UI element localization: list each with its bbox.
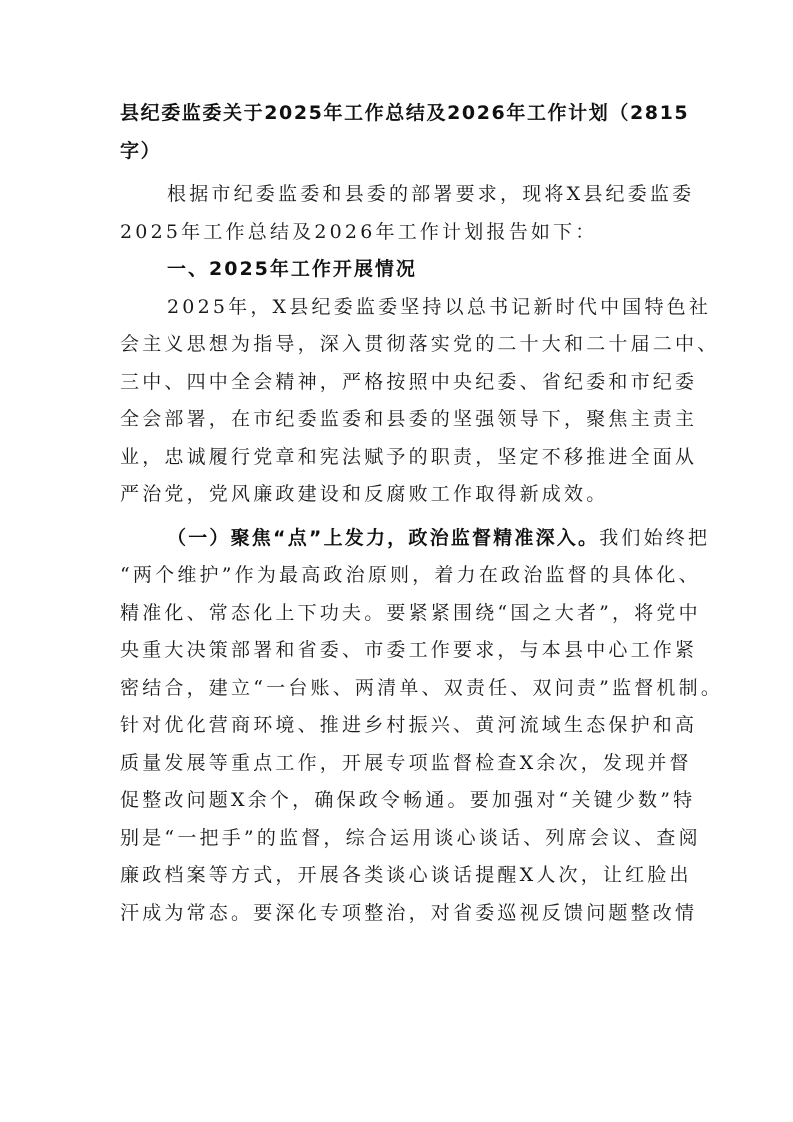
subsection-1-line-2: “两个维护”作为最高政治原则，着力在政治监督的具体化、 [120,557,680,595]
subsection-1-line-11: 汗成为常态。要深化专项整治，对省委巡视反馈问题整改情 [120,895,680,933]
section-1-line-1: 2025年，X县纪委监委坚持以总书记新时代中国特色社 [120,289,680,327]
document-title-line-2: 字） [120,133,680,171]
intro-line-1: 根据市纪委监委和县委的部署要求，现将X县纪委监委 [120,176,680,214]
document-page: 县纪委监委关于2025年工作总结及2026年工作计划（2815 字） 根据市纪委… [0,0,793,1122]
document-title-line-1: 县纪委监委关于2025年工作总结及2026年工作计划（2815 [120,95,680,133]
section-heading-1: 一、2025年工作开展情况 [120,251,680,289]
section-1-line-2: 会主义思想为指导，深入贯彻落实党的二十大和二十届二中、 [120,326,680,364]
subsection-1-line-4: 央重大决策部署和省委、市委工作要求，与本县中心工作紧 [120,632,680,670]
subsection-1-line-10: 廉政档案等方式，开展各类谈心谈话提醒X人次，让红脸出 [120,857,680,895]
document-body: 县纪委监委关于2025年工作总结及2026年工作计划（2815 字） 根据市纪委… [120,95,680,932]
section-1-line-6: 严治党，党风廉政建设和反腐败工作取得新成效。 [120,476,680,514]
subsection-1-line-8: 促整改问题X余个，确保政令畅通。要加强对“关键少数”特 [120,782,680,820]
intro-line-2: 2025年工作总结及2026年工作计划报告如下： [120,214,680,252]
subsection-1-line-9: 别是“一把手”的监督，综合运用谈心谈话、列席会议、查阅 [120,820,680,858]
subsection-1-heading: （一）聚焦“点”上发力，政治监督精准深入。 [167,527,599,549]
subsection-1-line-5: 密结合，建立“一台账、两清单、双责任、双问责”监督机制。 [120,670,680,708]
subsection-1-line-6: 针对优化营商环境、推进乡村振兴、黄河流域生态保护和高 [120,707,680,745]
section-1-line-3: 三中、四中全会精神，严格按照中央纪委、省纪委和市纪委 [120,364,680,402]
section-1-line-5: 业，忠诚履行党章和宪法赋予的职责，坚定不移推进全面从 [120,439,680,477]
subsection-1-line-1: （一）聚焦“点”上发力，政治监督精准深入。我们始终把 [120,520,680,558]
subsection-1-first-line-text: 我们始终把 [599,527,710,549]
subsection-1-line-3: 精准化、常态化上下功夫。要紧紧围绕“国之大者”，将党中 [120,595,680,633]
subsection-1-line-7: 质量发展等重点工作，开展专项监督检查X余次，发现并督 [120,745,680,783]
section-1-line-4: 全会部署，在市纪委监委和县委的坚强领导下，聚焦主责主 [120,401,680,439]
